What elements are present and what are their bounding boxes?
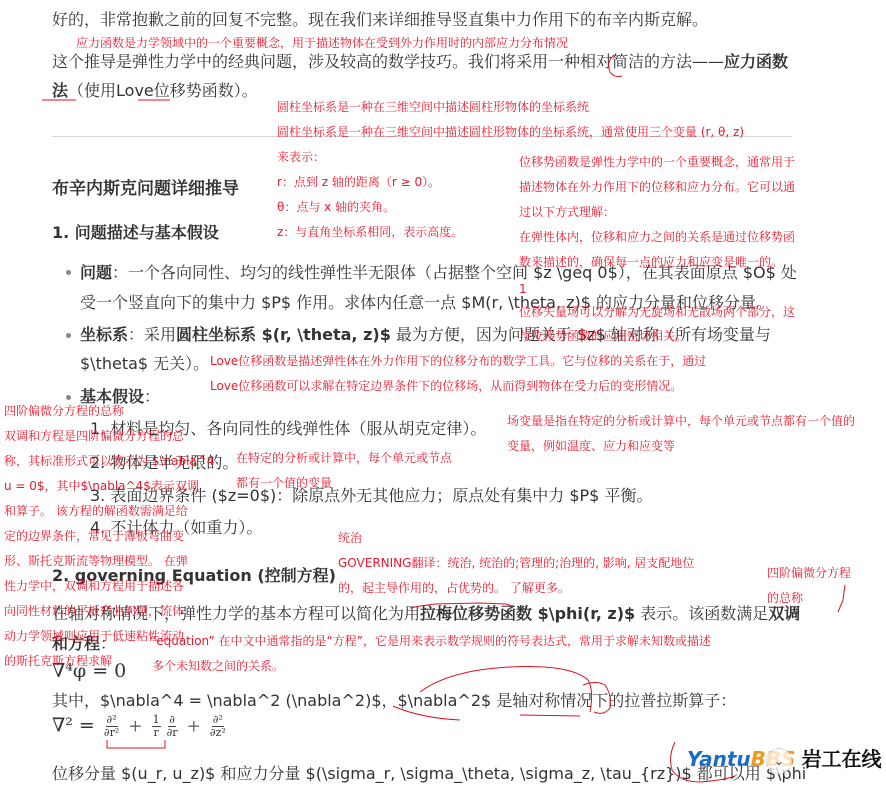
bullet-dot: [66, 395, 71, 400]
intro-line-2: 这个推导是弹性力学中的经典问题，涉及较高的数学技巧。我们将采用一种相对简洁的方法…: [52, 51, 788, 73]
para-bold-a: 拉梅位移势函数 $\phi(r, z)$: [420, 604, 635, 623]
bullet-coords-text-a: ：采用: [128, 325, 176, 344]
annotation-field-var-short-2: 都有一个值的变量: [236, 475, 332, 491]
annotation-biharmonic-right-2: 的总称: [767, 590, 803, 606]
bullet-dot: [66, 270, 71, 275]
intro-line-2-text: 这个推导是弹性力学中的经典问题，涉及较高的数学技巧。我们将采用一种相对简洁的方法…: [52, 52, 724, 71]
intro-line-3-text: （使用Love位移势函数）。: [68, 81, 258, 100]
annotation-potential-2: 描述物体在外力作用下的位移和应力分布。它可以通: [519, 179, 795, 195]
bullet-problem-label: 问题: [80, 263, 112, 282]
annotation-cylindrical-1: 圆柱坐标系是一种在三维空间中描述圆柱形物体的坐标系统: [277, 99, 589, 115]
equation-laplacian: ∇² = ∂²∂r² + 1r∂∂r + ∂²∂z²: [52, 714, 229, 739]
annotation-biharmonic-left-1: 四阶偏微分方程的总称: [4, 403, 124, 419]
annotation-field-var-long-1: 场变量是指在特定的分析或计算中，每个单元或节点都有一个值的: [507, 413, 855, 429]
annotation-biharmonic-left-5: 和算子。 该方程的解函数需满足给: [4, 503, 188, 519]
annotation-cylindrical-r: r：点到 z 轴的距离（r ≥ 0）。: [277, 174, 440, 190]
annotation-love-2: Love位移函数可以求解在特定边界条件下的位移场，从而得到物体在受力后的变形情况…: [210, 378, 682, 394]
annotation-biharmonic-left-9: 向同性材料的平板弯曲问题，流体: [4, 603, 184, 619]
plus-sign: +: [187, 717, 201, 737]
bullet-dot: [66, 333, 71, 338]
plus-sign: +: [128, 717, 142, 737]
annotation-potential-5: 数来描述的，确保每一点的应力和应变是唯一的。: [519, 254, 783, 270]
intro-line-2-bold: 应力函数: [724, 52, 788, 71]
annotation-biharmonic-left-8: 性力学中，双调和方程用于描述各: [4, 578, 184, 594]
frac-den: ∂z²: [210, 727, 226, 739]
annotation-biharmonic-right-1: 四阶偏微分方程: [767, 565, 851, 581]
annotation-stress-function: 应力函数是力学领域中的一个重要概念，用于描述物体在受到外力作用时的内部应力分布情…: [76, 35, 568, 51]
frac-den: ∂r: [167, 727, 178, 739]
section-1-heading: 1. 问题描述与基本假设: [52, 220, 219, 243]
fraction-d2-dz2: ∂²∂z²: [210, 714, 226, 739]
annotation-potential-1: 位移势函数是弹性力学中的一个重要概念，通常用于: [519, 154, 795, 170]
annotation-field-var-long-2: 变量，例如温度、应力和应变等: [507, 438, 675, 454]
logo-cn: 岩工在线: [802, 747, 882, 771]
annotation-cylindrical-3: 来表示：: [277, 149, 325, 165]
annotation-cylindrical-theta: θ：点与 x 轴的夹角。: [277, 199, 395, 215]
annotation-potential-7: 位移矢量场可以分解为无旋场和无散场两个部分，这: [519, 304, 795, 320]
annotation-biharmonic-left-7: 形、斯托克斯流等物理模型。 在弹: [4, 553, 188, 569]
annotation-equation-2: 多个未知数之间的关系。: [152, 658, 284, 674]
annotation-biharmonic-left-2: 双调和方程是四阶偏微分方程的总: [4, 428, 184, 444]
laplacian-lhs: ∇² =: [52, 715, 95, 737]
frac-den: ∂r²: [104, 727, 119, 739]
annotation-potential-4: 在弹性体内，位移和应力之间的关系是通过位移势函: [519, 229, 795, 245]
bullet-coords-line-2: $\theta$ 无关）。: [80, 353, 209, 375]
annotation-equation-1: “equation” 在中文中通常指的是“方程”，它是用来表示数学规则的符号表达…: [150, 633, 711, 649]
para-text-b: 表示。该函数满足: [635, 604, 768, 623]
annotation-biharmonic-left-4: u = 0$，其中$\nabla^4$表示双调: [4, 478, 199, 494]
annotation-cylindrical-2: 圆柱坐标系是一种在三维空间中描述圆柱形物体的坐标系统，通常使用三个变量 (r, …: [277, 124, 744, 140]
annotation-cylindrical-z: z：与直角坐标系相同，表示高度。: [277, 224, 463, 240]
bullet-assumptions-colon: ：: [144, 387, 160, 406]
bullet-coords-label: 坐标系: [80, 325, 128, 344]
underline-mark: [520, 715, 580, 716]
intro-line-3: 法（使用Love位移势函数）。: [52, 80, 258, 102]
fraction-1-r: 1r: [152, 714, 161, 739]
fraction-d2-dr2: ∂²∂r²: [104, 714, 119, 739]
annotation-governing-3: 的，起主导作用的，占优势的。 了解更多。: [338, 580, 570, 596]
annotation-potential-3: 过以下方式理解：: [519, 204, 615, 220]
annotation-love-1: Love位移函数是描述弹性体在外力作用下的位移分布的数学工具。它与位移的关系在于…: [210, 353, 706, 369]
annotation-biharmonic-left-6: 定的边界条件，常见于薄板弯曲变: [4, 528, 184, 544]
pointer-mark: [838, 585, 845, 612]
annotation-biharmonic-left-11: 的斯托克斯方程求解: [4, 653, 112, 669]
bullet-coords-bold: 圆柱坐标系 $(r, \theta, z)$: [176, 325, 391, 344]
annotation-potential-6: 1: [519, 281, 527, 297]
scroll-down-button[interactable]: ⌄: [766, 748, 792, 774]
fraction-d-dr: ∂∂r: [167, 714, 178, 739]
frac-den: r: [153, 727, 158, 739]
section-title: 布辛内斯克问题详细推导: [52, 174, 239, 199]
chevron-down-icon: ⌄: [774, 754, 784, 768]
where-line: 其中，$\nabla^4 = \nabla^2 (\nabla^2)$，$\na…: [52, 690, 736, 712]
bracket-mark: [107, 740, 165, 748]
annotation-governing-2: GOVERNING翻译：统治, 统治的;管理的;治理的, 影响, 居支配地位: [338, 555, 694, 571]
annotation-potential-8: 与位移势函数的应用密切相关。: [519, 328, 687, 344]
annotation-governing-1: 统治: [338, 530, 362, 546]
intro-line-1: 好的，非常抱歉之前的回复不完整。现在我们来详细推导竖直集中力作用下的布辛内斯克解…: [52, 9, 708, 31]
intro-line-3-bold: 法: [52, 81, 68, 100]
annotation-biharmonic-left-3: 称，其标准形式可以表示为 $\nabla^4: [4, 453, 214, 469]
logo-yantu: Yantu: [687, 747, 751, 771]
para-bold-b: 双调: [768, 604, 800, 623]
annotation-field-var-short-1: 在特定的分析或计算中，每个单元或节点: [236, 450, 452, 466]
